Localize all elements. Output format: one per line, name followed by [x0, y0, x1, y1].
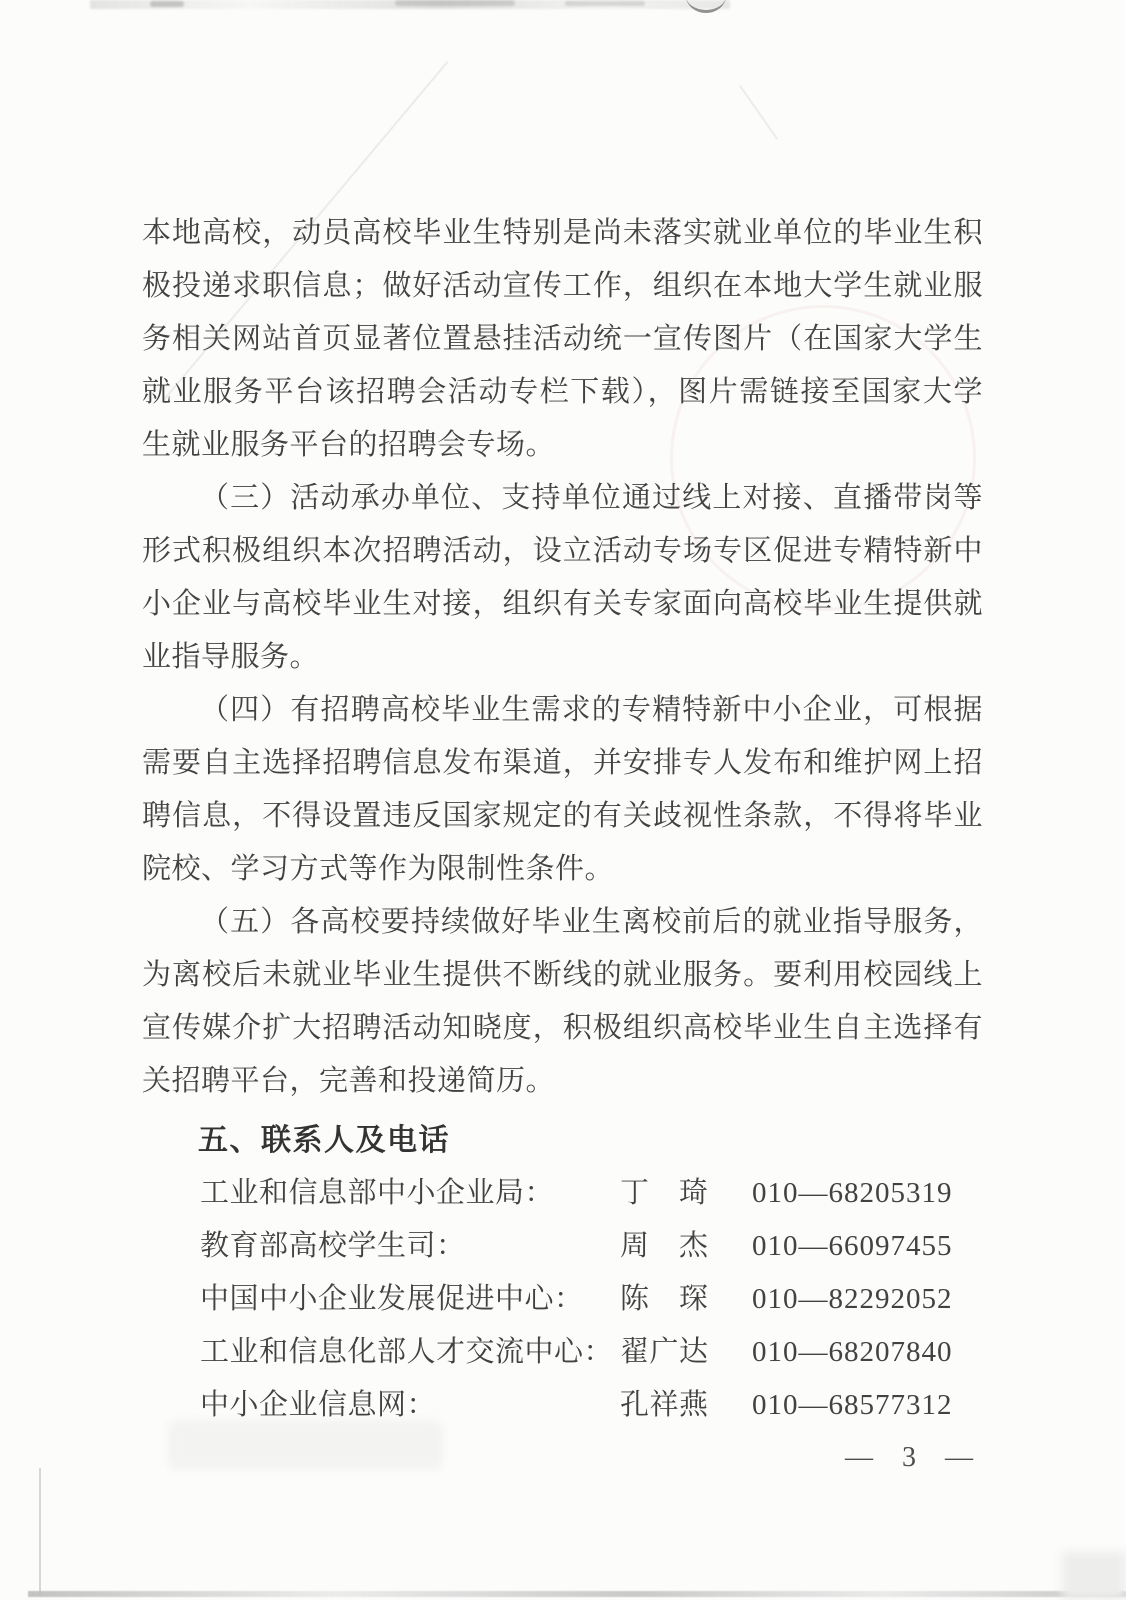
text-line: 小企业与高校毕业生对接，组织有关专家面向高校毕业生提供就: [142, 578, 983, 631]
text-line: 院校、学习方式等作为限制性条件。: [142, 843, 983, 896]
text-line: 就业服务平台该招聘会活动专栏下载），图片需链接至国家大学: [142, 366, 983, 419]
scan-artifact-top-spot: [150, 1, 184, 7]
body-text: 本地高校，动员高校毕业生特别是尚未落实就业单位的毕业生积 极投递求职信息；做好活…: [142, 207, 983, 1432]
text-line: 务相关网站首页显著位置悬挂活动统一宣传图片（在国家大学生: [142, 313, 983, 366]
contact-row: 工业和信息部中小企业局： 丁 琦 010—68205319: [142, 1167, 983, 1220]
contact-row: 中国中小企业发展促进中心： 陈 琛 010—82292052: [142, 1273, 983, 1326]
contact-phone: 010—68205319: [752, 1167, 983, 1220]
contact-row: 中小企业信息网： 孔祥燕 010—68577312: [142, 1379, 983, 1432]
contact-org: 教育部高校学生司：: [200, 1220, 620, 1273]
page-number: — 3 —: [142, 1432, 983, 1484]
contact-org: 中国中小企业发展促进中心：: [200, 1273, 620, 1326]
contact-org: 工业和信息部中小企业局：: [200, 1167, 620, 1220]
scan-artifact-corner-shade: [1062, 1552, 1126, 1600]
contact-name: 丁 琦: [620, 1167, 752, 1220]
text-line: 本地高校，动员高校毕业生特别是尚未落实就业单位的毕业生积: [142, 207, 983, 260]
text-line: 极投递求职信息；做好活动宣传工作，组织在本地大学生就业服: [142, 260, 983, 313]
contact-name: 翟广达: [620, 1326, 752, 1379]
contact-org: 中小企业信息网：: [200, 1379, 620, 1432]
section-heading: 五、联系人及电话: [142, 1114, 983, 1167]
contact-phone: 010—68207840: [752, 1326, 983, 1379]
scan-artifact-top-spot: [395, 0, 515, 6]
contact-row: 教育部高校学生司： 周 杰 010—66097455: [142, 1220, 983, 1273]
contact-name: 陈 琛: [620, 1273, 752, 1326]
scan-artifact-streak: [739, 85, 778, 140]
text-line: 为离校后未就业毕业生提供不断线的就业服务。要利用校园线上: [142, 949, 983, 1002]
scan-artifact-bottom-edge: [28, 1591, 1126, 1597]
scan-artifact-top-band: [90, 0, 730, 9]
document-page: 本地高校，动员高校毕业生特别是尚未落实就业单位的毕业生积 极投递求职信息；做好活…: [0, 0, 1126, 1600]
text-line: 宣传媒介扩大招聘活动知晓度，积极组织高校毕业生自主选择有: [142, 1002, 983, 1055]
scan-artifact-left-edge: [39, 1468, 41, 1596]
text-line: 聘信息，不得设置违反国家规定的有关歧视性条款，不得将毕业: [142, 790, 983, 843]
text-line: 形式积极组织本次招聘活动，设立活动专场专区促进专精特新中: [142, 525, 983, 578]
scan-artifact-top-spot: [565, 1, 645, 6]
text-line: （四）有招聘高校毕业生需求的专精特新中小企业，可根据: [142, 684, 983, 737]
contact-phone: 010—66097455: [752, 1220, 983, 1273]
text-line: 需要自主选择招聘信息发布渠道，并安排专人发布和维护网上招: [142, 737, 983, 790]
contact-phone: 010—82292052: [752, 1273, 983, 1326]
contact-phone: 010—68577312: [752, 1379, 983, 1432]
text-line: 业指导服务。: [142, 631, 983, 684]
text-line: 生就业服务平台的招聘会专场。: [142, 419, 983, 472]
text-line: （三）活动承办单位、支持单位通过线上对接、直播带岗等: [142, 472, 983, 525]
text-line: 关招聘平台，完善和投递简历。: [142, 1055, 983, 1108]
contact-row: 工业和信息化部人才交流中心： 翟广达 010—68207840: [142, 1326, 983, 1379]
contact-name: 孔祥燕: [620, 1379, 752, 1432]
contact-org: 工业和信息化部人才交流中心：: [200, 1326, 620, 1379]
scan-artifact-curve-mark: [686, 0, 726, 13]
text-line: （五）各高校要持续做好毕业生离校前后的就业指导服务，: [142, 896, 983, 949]
contact-name: 周 杰: [620, 1220, 752, 1273]
